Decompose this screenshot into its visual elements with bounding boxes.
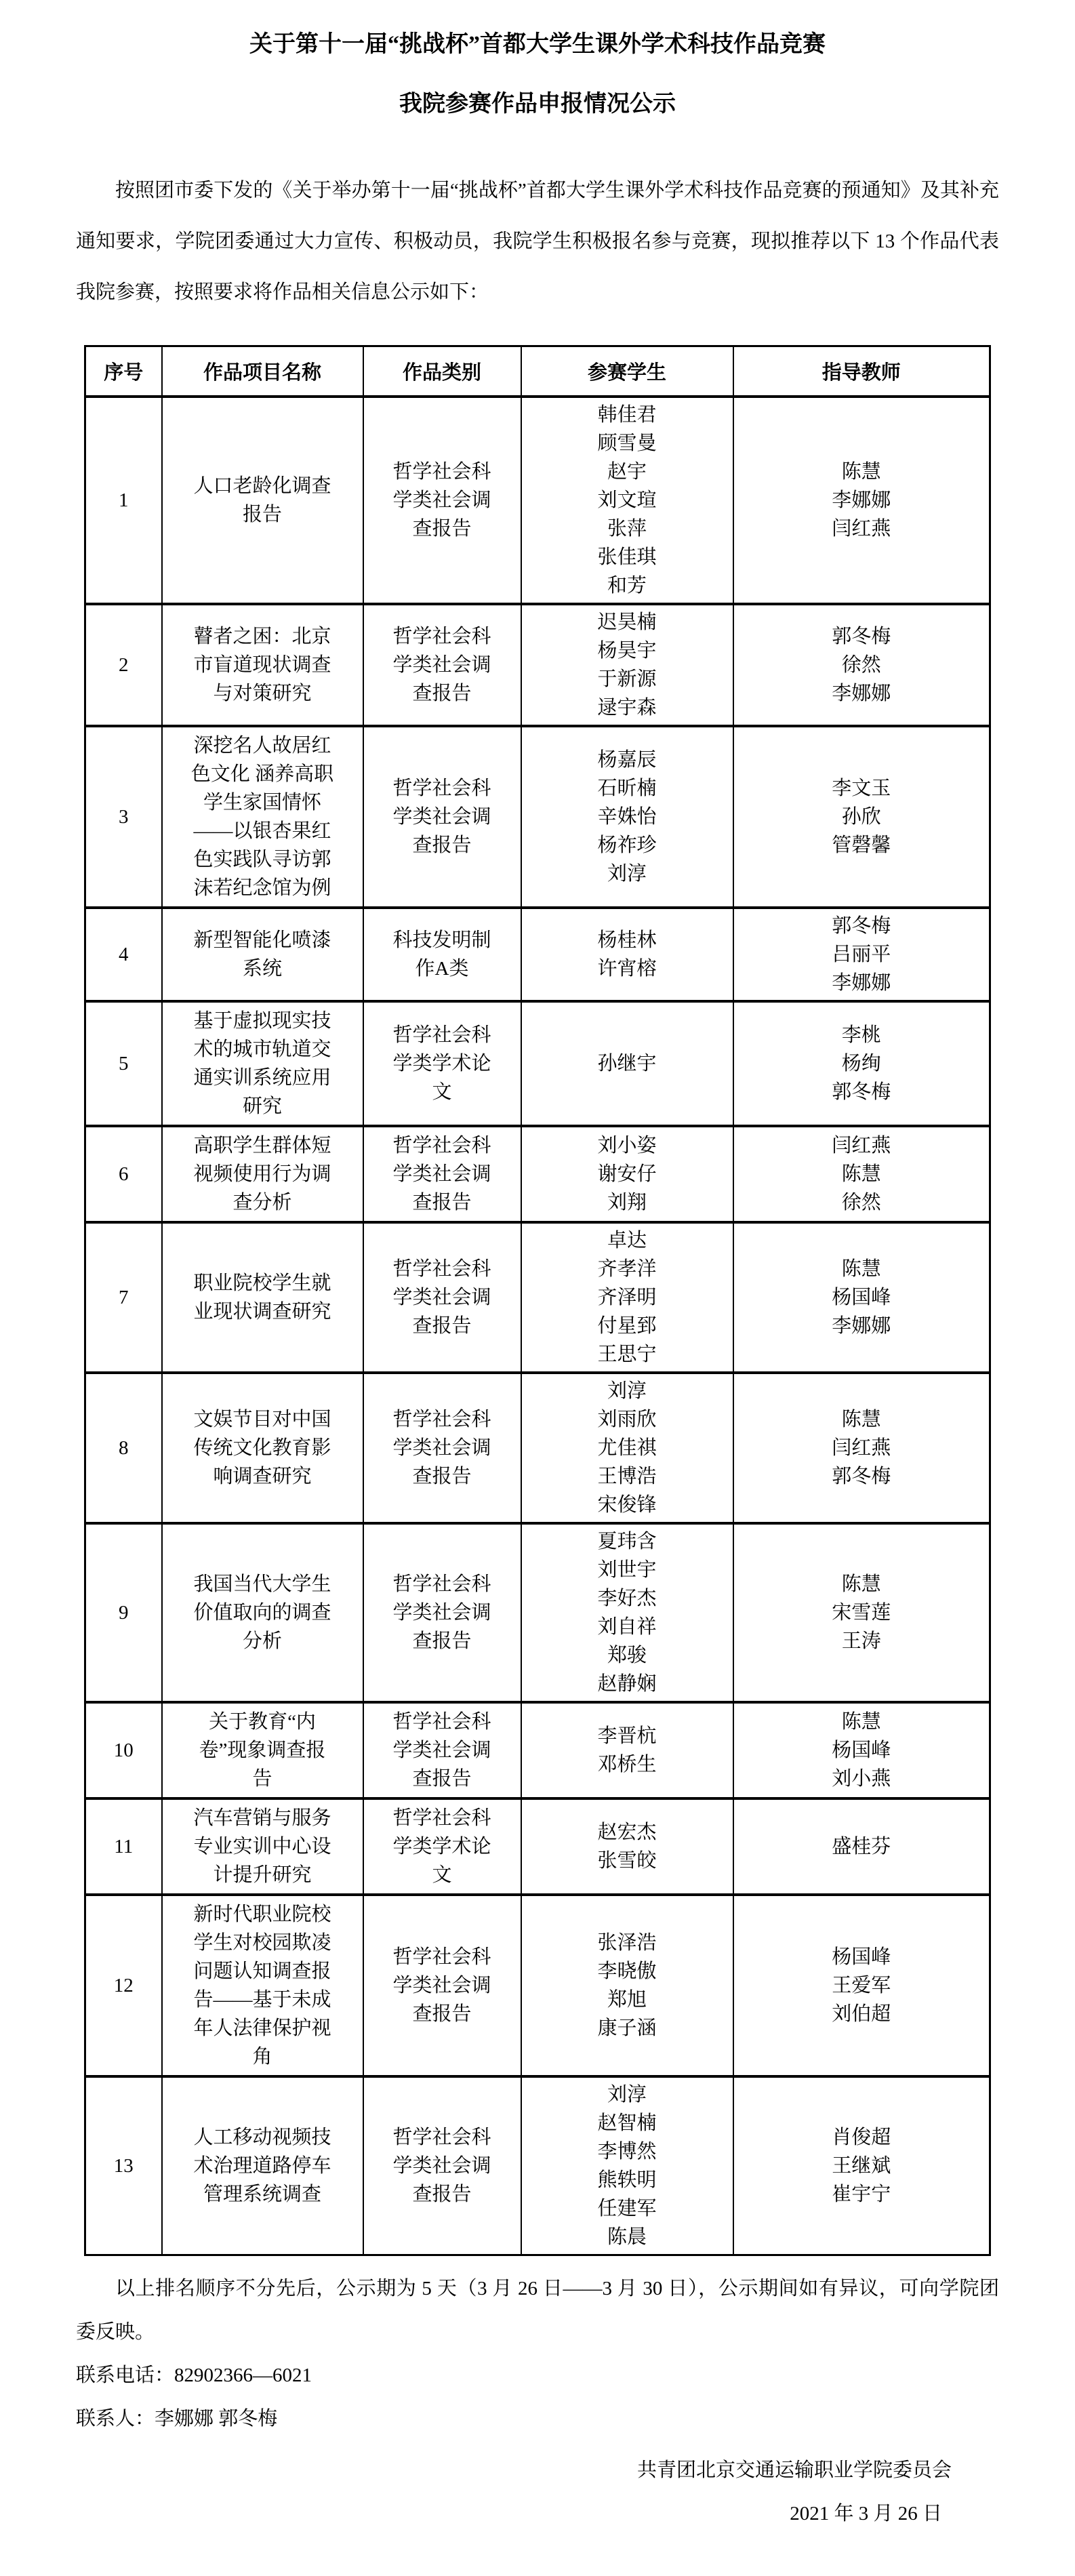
person-name: 郑骏: [526, 1641, 729, 1670]
person-name: 李文玉: [738, 774, 986, 803]
cell-serial-number: 13: [85, 2076, 162, 2255]
cell-teachers: 陈慧宋雪莲王涛: [733, 1523, 990, 1702]
cell-project-name: 新型智能化喷漆系统: [162, 908, 363, 1001]
person-name: 陈慧: [738, 1570, 986, 1598]
table-row: 3深挖名人故居红色文化 涵养高职学生家国情怀——以银杏果红色实践队寻访郭沫若纪念…: [85, 726, 990, 908]
table-row: 2瞽者之困：北京市盲道现状调查与对策研究哲学社会科学类社会调查报告迟昊楠杨昊宇于…: [85, 604, 990, 726]
cell-students: 韩佳君顾雪曼赵宇刘文瑄张萍张佳琪和芳: [521, 397, 733, 604]
table-row: 8文娱节目对中国传统文化教育影响调查研究哲学社会科学类社会调查报告刘淳刘雨欣尤佳…: [85, 1373, 990, 1523]
cell-teachers: 陈慧杨国峰李娜娜: [733, 1222, 990, 1373]
person-name: 宋俊锋: [526, 1491, 729, 1519]
person-name: 张佳琪: [526, 543, 729, 571]
person-name: 陈慧: [738, 1405, 986, 1434]
person-name: 王继斌: [738, 2152, 986, 2180]
cell-project-name: 高职学生群体短视频使用行为调查分析: [162, 1126, 363, 1222]
table-row: 9我国当代大学生价值取向的调查分析哲学社会科学类社会调查报告夏玮含刘世宇李好杰刘…: [85, 1523, 990, 1702]
cell-students: 张泽浩李晓傲郑旭康子涵: [521, 1895, 733, 2076]
cell-students: 刘小姿谢安仔刘翔: [521, 1126, 733, 1222]
cell-project-name: 文娱节目对中国传统文化教育影响调查研究: [162, 1373, 363, 1523]
table-row: 13人工移动视频技术治理道路停车管理系统调查哲学社会科学类社会调查报告刘淳赵智楠…: [85, 2076, 990, 2255]
person-name: 韩佳君: [526, 401, 729, 429]
person-name: 李晋杭: [526, 1722, 729, 1750]
person-name: 陈慧: [738, 1160, 986, 1188]
person-name: 杨绚: [738, 1049, 986, 1078]
person-name: 杨昊宇: [526, 637, 729, 665]
person-name: 陈晨: [526, 2223, 729, 2251]
person-name: 熊轶明: [526, 2166, 729, 2194]
person-name: 刘淳: [526, 2080, 729, 2109]
cell-students: 赵宏杰张雪皎: [521, 1798, 733, 1895]
person-name: 顾雪曼: [526, 429, 729, 458]
cell-category: 哲学社会科学类社会调查报告: [363, 726, 521, 908]
person-name: 刘淳: [526, 1377, 729, 1405]
signature-org: 共青团北京交通运输职业学院委员会: [76, 2449, 952, 2492]
contact-phone: 联系电话：82902366—6021: [76, 2354, 999, 2397]
cell-category: 哲学社会科学类社会调查报告: [363, 1895, 521, 2076]
person-name: 李娜娜: [738, 1312, 986, 1340]
person-name: 尤佳祺: [526, 1434, 729, 1462]
person-name: 张泽浩: [526, 1929, 729, 1957]
person-name: 康子涵: [526, 2014, 729, 2042]
person-name: 赵静娴: [526, 1670, 729, 1698]
column-header-3: 参赛学生: [521, 346, 733, 397]
person-name: 李晓傲: [526, 1957, 729, 1986]
column-header-4: 指导教师: [733, 346, 990, 397]
person-name: 刘自祥: [526, 1613, 729, 1641]
person-name: 任建军: [526, 2194, 729, 2223]
cell-serial-number: 2: [85, 604, 162, 726]
person-name: 夏玮含: [526, 1527, 729, 1556]
cell-teachers: 肖俊超王继斌崔宇宁: [733, 2076, 990, 2255]
cell-teachers: 李文玉孙欣管磬馨: [733, 726, 990, 908]
person-name: 刘文瑄: [526, 486, 729, 515]
person-name: 赵宇: [526, 458, 729, 486]
cell-teachers: 盛桂芬: [733, 1798, 990, 1895]
title-line-1: 关于第十一届“挑战杯”首都大学生课外学术科技作品竞赛: [76, 15, 999, 75]
column-header-0: 序号: [85, 346, 162, 397]
cell-serial-number: 11: [85, 1798, 162, 1895]
cell-serial-number: 4: [85, 908, 162, 1001]
person-name: 杨国峰: [738, 1736, 986, 1765]
person-name: 郭冬梅: [738, 622, 986, 651]
title-line-2: 我院参赛作品申报情况公示: [76, 75, 999, 134]
person-name: 卓达: [526, 1226, 729, 1255]
person-name: 刘淳: [526, 860, 729, 888]
person-name: 许宵榕: [526, 954, 729, 983]
cell-serial-number: 5: [85, 1001, 162, 1126]
person-name: 刘雨欣: [526, 1405, 729, 1434]
person-name: 刘翔: [526, 1188, 729, 1217]
document-title: 关于第十一届“挑战杯”首都大学生课外学术科技作品竞赛 我院参赛作品申报情况公示: [76, 15, 999, 134]
person-name: 王爱军: [738, 1971, 986, 2000]
person-name: 杨国峰: [738, 1943, 986, 1971]
cell-category: 哲学社会科学类社会调查报告: [363, 2076, 521, 2255]
person-name: 宋雪莲: [738, 1598, 986, 1627]
cell-students: 刘淳赵智楠李博然熊轶明任建军陈晨: [521, 2076, 733, 2255]
cell-students: 迟昊楠杨昊宇于新源逯宇森: [521, 604, 733, 726]
person-name: 孙继宇: [526, 1049, 729, 1078]
person-name: 徐然: [738, 651, 986, 679]
table-row: 12新时代职业院校学生对校园欺凌问题认知调查报告——基于未成年人法律保护视角哲学…: [85, 1895, 990, 2076]
cell-teachers: 郭冬梅吕丽平李娜娜: [733, 908, 990, 1001]
contact-person: 联系人：李娜娜 郭冬梅: [76, 2397, 999, 2440]
person-name: 石昕楠: [526, 774, 729, 803]
person-name: 付星郅: [526, 1312, 729, 1340]
intro-paragraph: 按照团市委下发的《关于举办第十一届“挑战杯”首都大学生课外学术科技作品竞赛的预通…: [76, 165, 999, 318]
projects-table-body: 1人口老龄化调查报告哲学社会科学类社会调查报告韩佳君顾雪曼赵宇刘文瑄张萍张佳琪和…: [85, 397, 990, 2255]
signature-block: 共青团北京交通运输职业学院委员会 2021 年 3 月 26 日: [76, 2449, 999, 2535]
person-name: 齐孝洋: [526, 1255, 729, 1283]
table-row: 6高职学生群体短视频使用行为调查分析哲学社会科学类社会调查报告刘小姿谢安仔刘翔闫…: [85, 1126, 990, 1222]
cell-students: 孙继宇: [521, 1001, 733, 1126]
cell-project-name: 职业院校学生就业现状调查研究: [162, 1222, 363, 1373]
person-name: 刘世宇: [526, 1556, 729, 1584]
person-name: 李娜娜: [738, 679, 986, 708]
projects-table: 序号作品项目名称作品类别参赛学生指导教师 1人口老龄化调查报告哲学社会科学类社会…: [84, 345, 991, 2256]
cell-project-name: 我国当代大学生价值取向的调查分析: [162, 1523, 363, 1702]
person-name: 闫红燕: [738, 515, 986, 543]
person-name: 闫红燕: [738, 1131, 986, 1160]
person-name: 杨祚珍: [526, 831, 729, 860]
person-name: 孙欣: [738, 803, 986, 831]
person-name: 郭冬梅: [738, 912, 986, 940]
table-row: 10关于教育“内卷”现象调查报告哲学社会科学类社会调查报告李晋杭邓桥生陈慧杨国峰…: [85, 1702, 990, 1798]
person-name: 刘伯超: [738, 2000, 986, 2028]
cell-serial-number: 12: [85, 1895, 162, 2076]
cell-category: 科技发明制作A类: [363, 908, 521, 1001]
person-name: 吕丽平: [738, 940, 986, 969]
person-name: 齐泽明: [526, 1283, 729, 1312]
cell-students: 杨桂林许宵榕: [521, 908, 733, 1001]
cell-category: 哲学社会科学类社会调查报告: [363, 397, 521, 604]
person-name: 刘小姿: [526, 1131, 729, 1160]
cell-project-name: 人工移动视频技术治理道路停车管理系统调查: [162, 2076, 363, 2255]
cell-project-name: 基于虚拟现实技术的城市轨道交通实训系统应用研究: [162, 1001, 363, 1126]
cell-teachers: 杨国峰王爱军刘伯超: [733, 1895, 990, 2076]
person-name: 张雪皎: [526, 1847, 729, 1875]
cell-project-name: 汽车营销与服务专业实训中心设计提升研究: [162, 1798, 363, 1895]
person-name: 辛姝怡: [526, 803, 729, 831]
cell-category: 哲学社会科学类社会调查报告: [363, 604, 521, 726]
person-name: 郭冬梅: [738, 1462, 986, 1491]
person-name: 陈慧: [738, 1708, 986, 1736]
table-row: 11汽车营销与服务专业实训中心设计提升研究哲学社会科学类学术论文赵宏杰张雪皎盛桂…: [85, 1798, 990, 1895]
cell-students: 李晋杭邓桥生: [521, 1702, 733, 1798]
cell-teachers: 陈慧杨国峰刘小燕: [733, 1702, 990, 1798]
cell-category: 哲学社会科学类社会调查报告: [363, 1702, 521, 1798]
cell-teachers: 郭冬梅徐然李娜娜: [733, 604, 990, 726]
cell-category: 哲学社会科学类学术论文: [363, 1798, 521, 1895]
person-name: 迟昊楠: [526, 608, 729, 637]
column-header-1: 作品项目名称: [162, 346, 363, 397]
cell-serial-number: 10: [85, 1702, 162, 1798]
cell-serial-number: 7: [85, 1222, 162, 1373]
cell-category: 哲学社会科学类社会调查报告: [363, 1126, 521, 1222]
person-name: 杨嘉辰: [526, 746, 729, 774]
table-row: 5基于虚拟现实技术的城市轨道交通实训系统应用研究哲学社会科学类学术论文孙继宇李桃…: [85, 1001, 990, 1126]
table-header-row: 序号作品项目名称作品类别参赛学生指导教师: [85, 346, 990, 397]
person-name: 邓桥生: [526, 1750, 729, 1779]
person-name: 李娜娜: [738, 486, 986, 515]
person-name: 李博然: [526, 2137, 729, 2166]
person-name: 谢安仔: [526, 1160, 729, 1188]
person-name: 和芳: [526, 571, 729, 600]
cell-teachers: 闫红燕陈慧徐然: [733, 1126, 990, 1222]
cell-project-name: 关于教育“内卷”现象调查报告: [162, 1702, 363, 1798]
signature-date: 2021 年 3 月 26 日: [76, 2492, 942, 2535]
person-name: 赵宏杰: [526, 1818, 729, 1847]
person-name: 陈慧: [738, 458, 986, 486]
cell-serial-number: 3: [85, 726, 162, 908]
table-row: 7职业院校学生就业现状调查研究哲学社会科学类社会调查报告卓达齐孝洋齐泽明付星郅王…: [85, 1222, 990, 1373]
person-name: 刘小燕: [738, 1765, 986, 1793]
table-row: 4新型智能化喷漆系统科技发明制作A类杨桂林许宵榕郭冬梅吕丽平李娜娜: [85, 908, 990, 1001]
cell-category: 哲学社会科学类社会调查报告: [363, 1222, 521, 1373]
cell-teachers: 陈慧闫红燕郭冬梅: [733, 1373, 990, 1523]
person-name: 闫红燕: [738, 1434, 986, 1462]
cell-category: 哲学社会科学类学术论文: [363, 1001, 521, 1126]
person-name: 李娜娜: [738, 969, 986, 997]
person-name: 盛桂芬: [738, 1832, 986, 1861]
cell-category: 哲学社会科学类社会调查报告: [363, 1373, 521, 1523]
column-header-2: 作品类别: [363, 346, 521, 397]
person-name: 肖俊超: [738, 2123, 986, 2152]
person-name: 管磬馨: [738, 831, 986, 860]
person-name: 陈慧: [738, 1255, 986, 1283]
cell-students: 夏玮含刘世宇李好杰刘自祥郑骏赵静娴: [521, 1523, 733, 1702]
cell-serial-number: 9: [85, 1523, 162, 1702]
document-page: 关于第十一届“挑战杯”首都大学生课外学术科技作品竞赛 我院参赛作品申报情况公示 …: [0, 0, 1075, 2576]
person-name: 杨桂林: [526, 926, 729, 954]
cell-teachers: 陈慧李娜娜闫红燕: [733, 397, 990, 604]
person-name: 逯宇森: [526, 693, 729, 722]
person-name: 赵智楠: [526, 2109, 729, 2137]
person-name: 李好杰: [526, 1584, 729, 1613]
person-name: 崔宇宁: [738, 2180, 986, 2209]
cell-project-name: 人口老龄化调查报告: [162, 397, 363, 604]
cell-project-name: 深挖名人故居红色文化 涵养高职学生家国情怀——以银杏果红色实践队寻访郭沫若纪念馆…: [162, 726, 363, 908]
person-name: 王博浩: [526, 1462, 729, 1491]
person-name: 徐然: [738, 1188, 986, 1217]
cell-project-name: 新时代职业院校学生对校园欺凌问题认知调查报告——基于未成年人法律保护视角: [162, 1895, 363, 2076]
person-name: 李桃: [738, 1021, 986, 1049]
person-name: 于新源: [526, 665, 729, 693]
cell-category: 哲学社会科学类社会调查报告: [363, 1523, 521, 1702]
cell-serial-number: 1: [85, 397, 162, 604]
person-name: 郭冬梅: [738, 1078, 986, 1106]
cell-teachers: 李桃杨绚郭冬梅: [733, 1001, 990, 1126]
footer-note: 以上排名顺序不分先后，公示期为 5 天（3 月 26 日——3 月 30 日），…: [76, 2267, 999, 2354]
cell-project-name: 瞽者之困：北京市盲道现状调查与对策研究: [162, 604, 363, 726]
person-name: 王思宁: [526, 1340, 729, 1369]
cell-serial-number: 8: [85, 1373, 162, 1523]
cell-students: 卓达齐孝洋齐泽明付星郅王思宁: [521, 1222, 733, 1373]
cell-serial-number: 6: [85, 1126, 162, 1222]
table-row: 1人口老龄化调查报告哲学社会科学类社会调查报告韩佳君顾雪曼赵宇刘文瑄张萍张佳琪和…: [85, 397, 990, 604]
person-name: 郑旭: [526, 1986, 729, 2014]
cell-students: 刘淳刘雨欣尤佳祺王博浩宋俊锋: [521, 1373, 733, 1523]
person-name: 杨国峰: [738, 1283, 986, 1312]
person-name: 王涛: [738, 1627, 986, 1655]
person-name: 张萍: [526, 515, 729, 543]
cell-students: 杨嘉辰石昕楠辛姝怡杨祚珍刘淳: [521, 726, 733, 908]
